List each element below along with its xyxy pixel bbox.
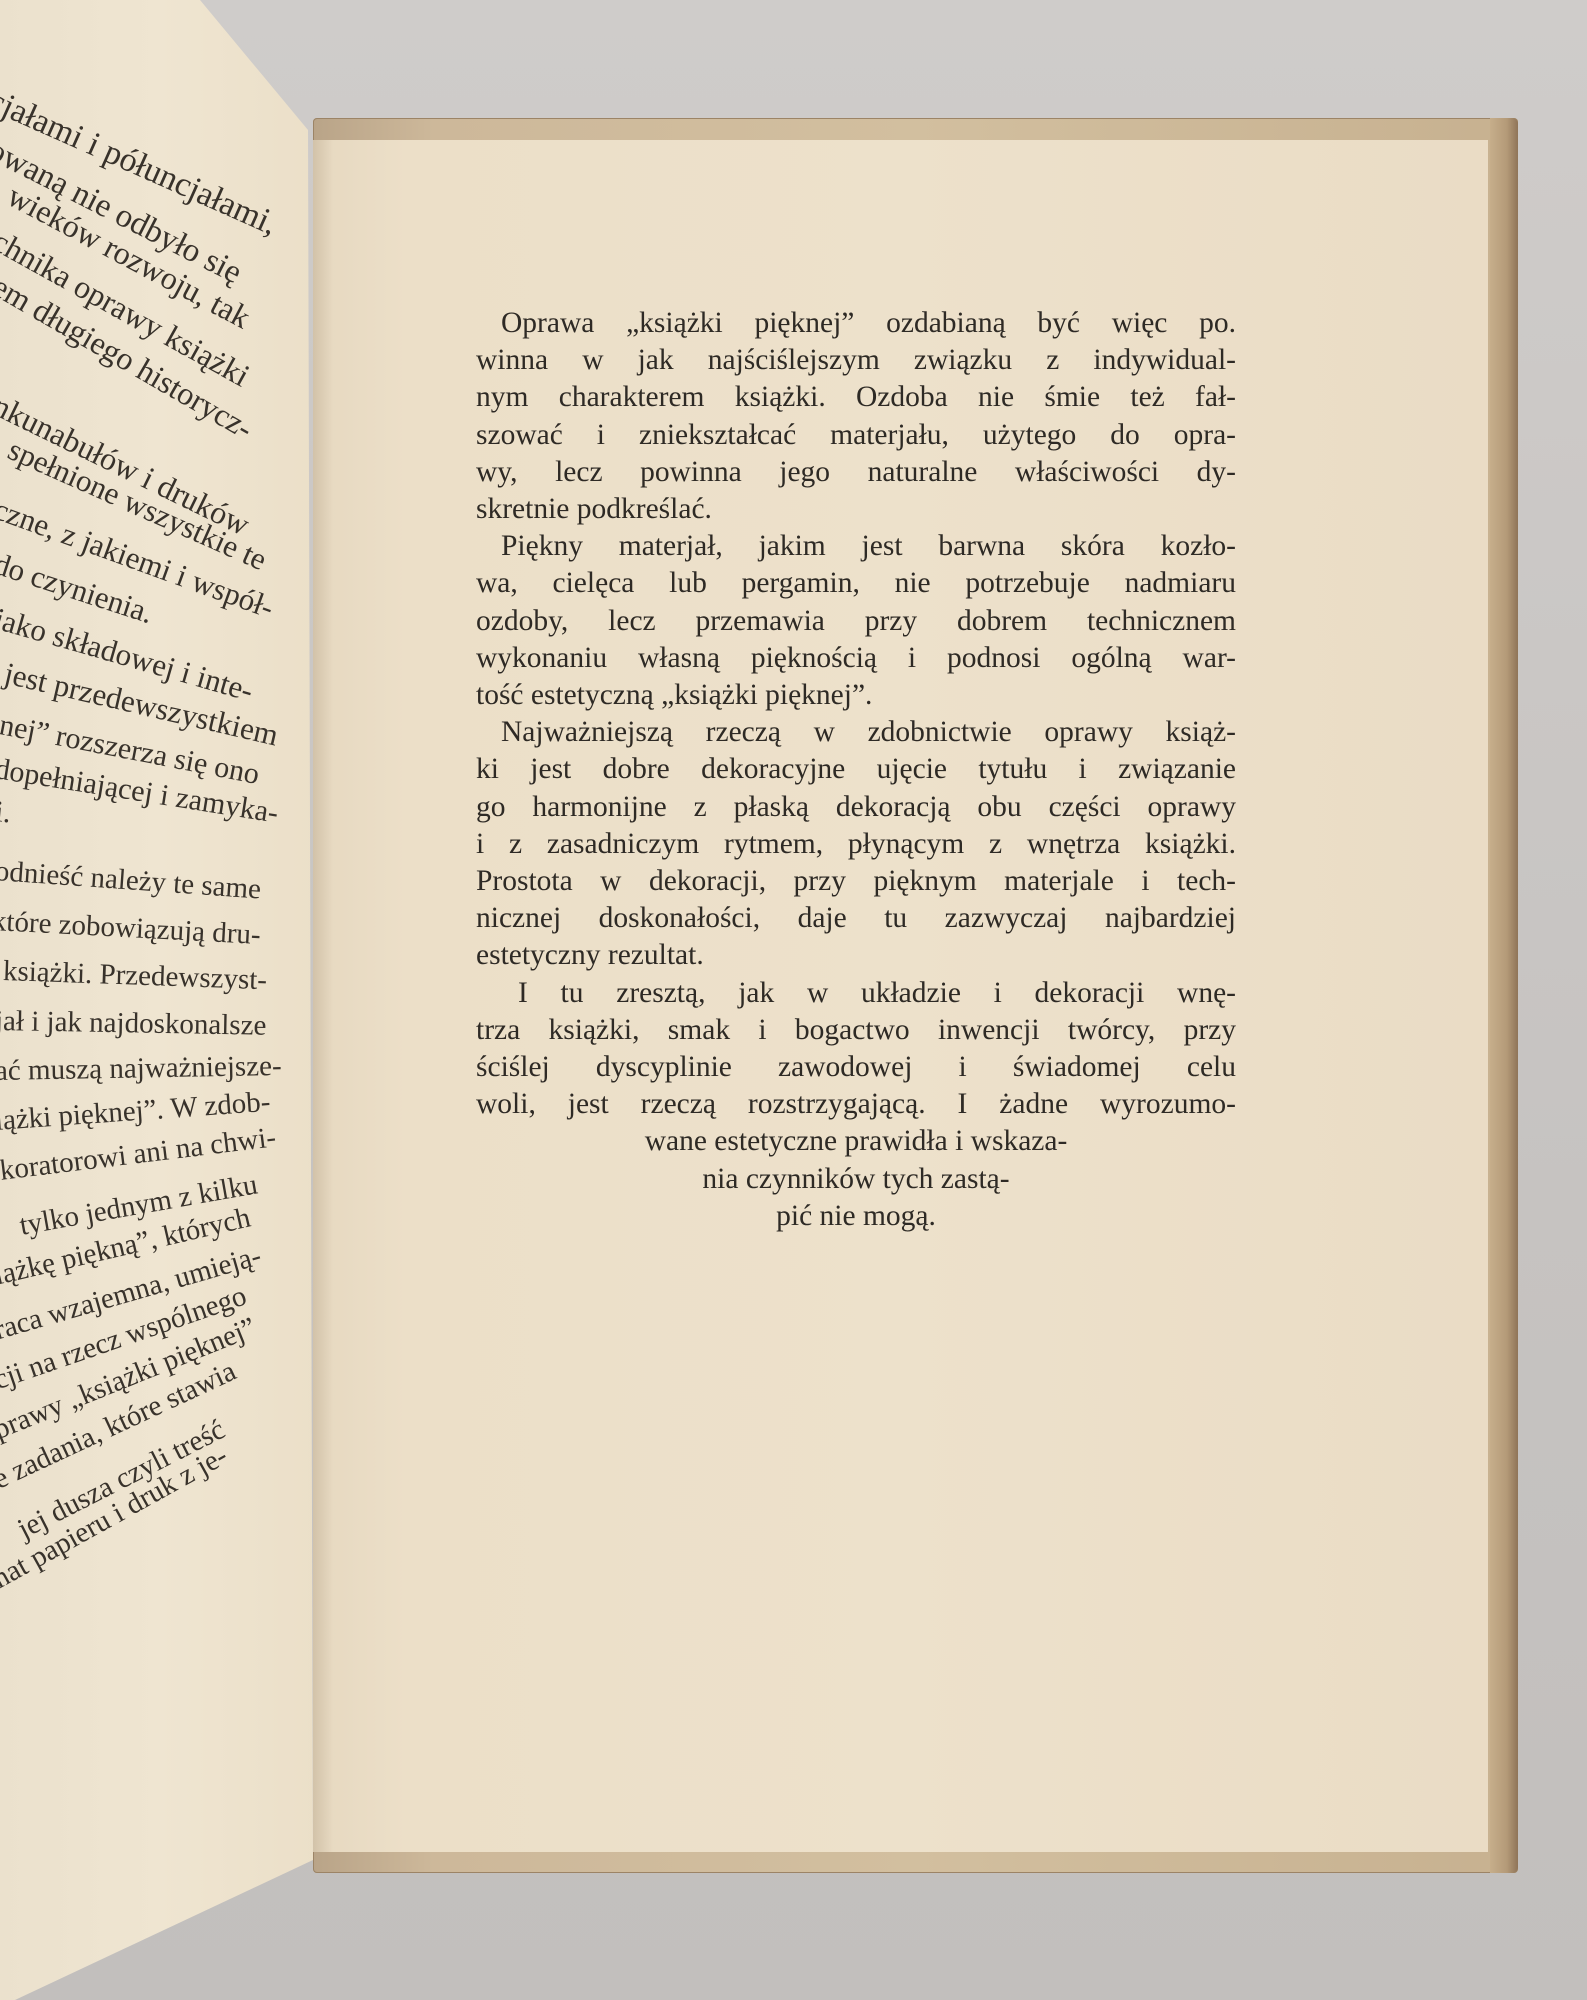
text-line: trza książki, smak i bogactwo inwencji t… <box>476 1012 1236 1049</box>
left-line: odnieść należy te same <box>0 855 262 907</box>
text-line: go harmonijne z płaską dekoracją obu czę… <box>476 789 1236 826</box>
text-line: Prostota w dekoracji, przy pięknym mater… <box>476 863 1236 900</box>
text-line: wykonaniu własną pięknością i podnosi og… <box>476 640 1236 677</box>
text-line: wa, cielęca lub pergamin, nie potrzebuje… <box>476 565 1236 602</box>
left-line: które zobowiązują dru- <box>0 905 261 952</box>
text-line: Oprawa „książki pięknej” ozdabianą być w… <box>476 305 1236 342</box>
text-line-tapered: wane estetyczne prawidła i wskaza- <box>476 1123 1236 1160</box>
paragraph-2: Piękny materjał, jakim jest barwna skóra… <box>476 528 1236 714</box>
text-line: nym charakterem książki. Ozdoba nie śmie… <box>476 379 1236 416</box>
left-line: i. <box>0 795 12 830</box>
left-page-text: cjałami i półuncjałami, owaną nie odbyło… <box>0 0 320 2000</box>
text-line: woli, jest rzeczą rozstrzygającą. I żadn… <box>476 1086 1236 1123</box>
text-line: ki jest dobre dekoracyjne ujęcie tytułu … <box>476 751 1236 788</box>
right-page-text: Oprawa „książki pięknej” ozdabianą być w… <box>476 305 1236 1235</box>
text-line: tość estetyczną „książki pięknej”. <box>476 677 1236 714</box>
paragraph-1: Oprawa „książki pięknej” ozdabianą być w… <box>476 305 1236 528</box>
text-line-tapered: pić nie mogą. <box>476 1198 1236 1235</box>
left-line: jał i jak najdoskonalsze <box>0 1005 267 1043</box>
book-cover-edge <box>1490 118 1518 1873</box>
text-line: estetyczny rezultat. <box>476 937 1236 974</box>
text-line: wy, lecz powinna jego naturalne właściwo… <box>476 454 1236 491</box>
text-line: I tu zresztą, jak w układzie i dekoracji… <box>476 975 1236 1012</box>
text-line: Najważniejszą rzeczą w zdobnictwie opraw… <box>476 714 1236 751</box>
paragraph-4: I tu zresztą, jak w układzie i dekoracji… <box>476 975 1236 1235</box>
text-line: winna w jak najściślejszym związku z ind… <box>476 342 1236 379</box>
text-line: ozdoby, lecz przemawia przy dobrem techn… <box>476 603 1236 640</box>
text-line-tapered: nia czynników tych zastą- <box>476 1161 1236 1198</box>
text-line: skretnie podkreślać. <box>476 491 1236 528</box>
text-line: i z zasadniczym rytmem, płynącym z wnętr… <box>476 826 1236 863</box>
text-line: Piękny materjał, jakim jest barwna skóra… <box>476 528 1236 565</box>
paragraph-3: Najważniejszą rzeczą w zdobnictwie opraw… <box>476 714 1236 974</box>
text-line: szować i zniekształcać materjału, użyteg… <box>476 417 1236 454</box>
left-line: ać muszą najważniejsze- <box>0 1050 282 1088</box>
left-line: książki. Przedewszyst- <box>2 955 267 997</box>
text-line: ściślej dyscyplinie zawodowej i świadome… <box>476 1049 1236 1086</box>
text-line: nicznej doskonałości, daje tu zazwyczaj … <box>476 900 1236 937</box>
